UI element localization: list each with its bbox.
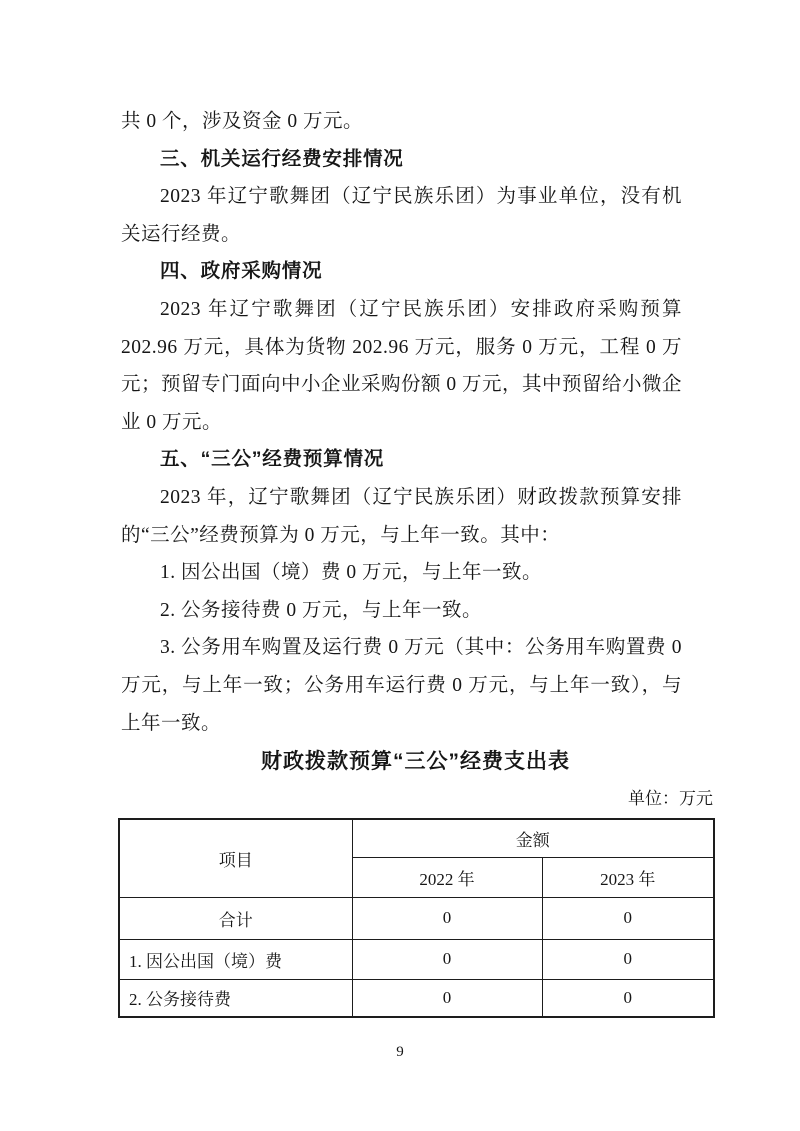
table-row: 合计00 bbox=[119, 897, 714, 939]
row-label: 合计 bbox=[119, 897, 352, 939]
row-label: 1. 因公出国（境）费 bbox=[119, 939, 352, 979]
table-row: 2. 公务接待费00 bbox=[119, 979, 714, 1017]
paragraph: 2023 年辽宁歌舞团（辽宁民族乐团）为事业单位，没有机关运行经费。 bbox=[121, 178, 682, 253]
page-number: 9 bbox=[0, 1044, 800, 1061]
paragraph: 3. 公务用车购置及运行费 0 万元（其中：公务用车购置费 0 万元，与上年一致… bbox=[121, 629, 682, 742]
row-value: 0 bbox=[352, 979, 542, 1017]
row-value: 0 bbox=[542, 897, 714, 939]
row-label: 2. 公务接待费 bbox=[119, 979, 352, 1017]
paragraph: 1. 因公出国（境）费 0 万元，与上年一致。 bbox=[121, 554, 682, 592]
table-header-item: 项目 bbox=[119, 819, 352, 897]
paragraph: 2023 年辽宁歌舞团（辽宁民族乐团）安排政府采购预算 202.96 万元，具体… bbox=[121, 291, 682, 441]
unit-label: 单位：万元 bbox=[118, 784, 713, 809]
table-header-amount: 金额 bbox=[352, 819, 714, 857]
table-header-year-2022: 2022 年 bbox=[352, 857, 542, 897]
table-body: 合计001. 因公出国（境）费002. 公务接待费00 bbox=[119, 897, 714, 1017]
paragraph: 共 0 个，涉及资金 0 万元。 bbox=[121, 103, 682, 141]
table-header-year-2023: 2023 年 bbox=[542, 857, 714, 897]
table-row: 1. 因公出国（境）费00 bbox=[119, 939, 714, 979]
section-heading: 五、“三公”经费预算情况 bbox=[121, 441, 682, 479]
paragraph: 2. 公务接待费 0 万元，与上年一致。 bbox=[121, 592, 682, 630]
document-page: 共 0 个，涉及资金 0 万元。三、机关运行经费安排情况2023 年辽宁歌舞团（… bbox=[0, 0, 800, 1131]
section-heading: 三、机关运行经费安排情况 bbox=[121, 141, 682, 179]
row-value: 0 bbox=[542, 979, 714, 1017]
row-value: 0 bbox=[542, 939, 714, 979]
section-heading: 四、政府采购情况 bbox=[121, 253, 682, 291]
paragraph: 2023 年，辽宁歌舞团（辽宁民族乐团）财政拨款预算安排的“三公”经费预算为 0… bbox=[121, 479, 682, 554]
row-value: 0 bbox=[352, 939, 542, 979]
table-title: 财政拨款预算“三公”经费支出表 bbox=[118, 745, 713, 775]
row-value: 0 bbox=[352, 897, 542, 939]
document-body: 共 0 个，涉及资金 0 万元。三、机关运行经费安排情况2023 年辽宁歌舞团（… bbox=[121, 103, 682, 742]
three-public-expense-table: 项目 金额 2022 年 2023 年 合计001. 因公出国（境）费002. … bbox=[118, 818, 715, 1018]
